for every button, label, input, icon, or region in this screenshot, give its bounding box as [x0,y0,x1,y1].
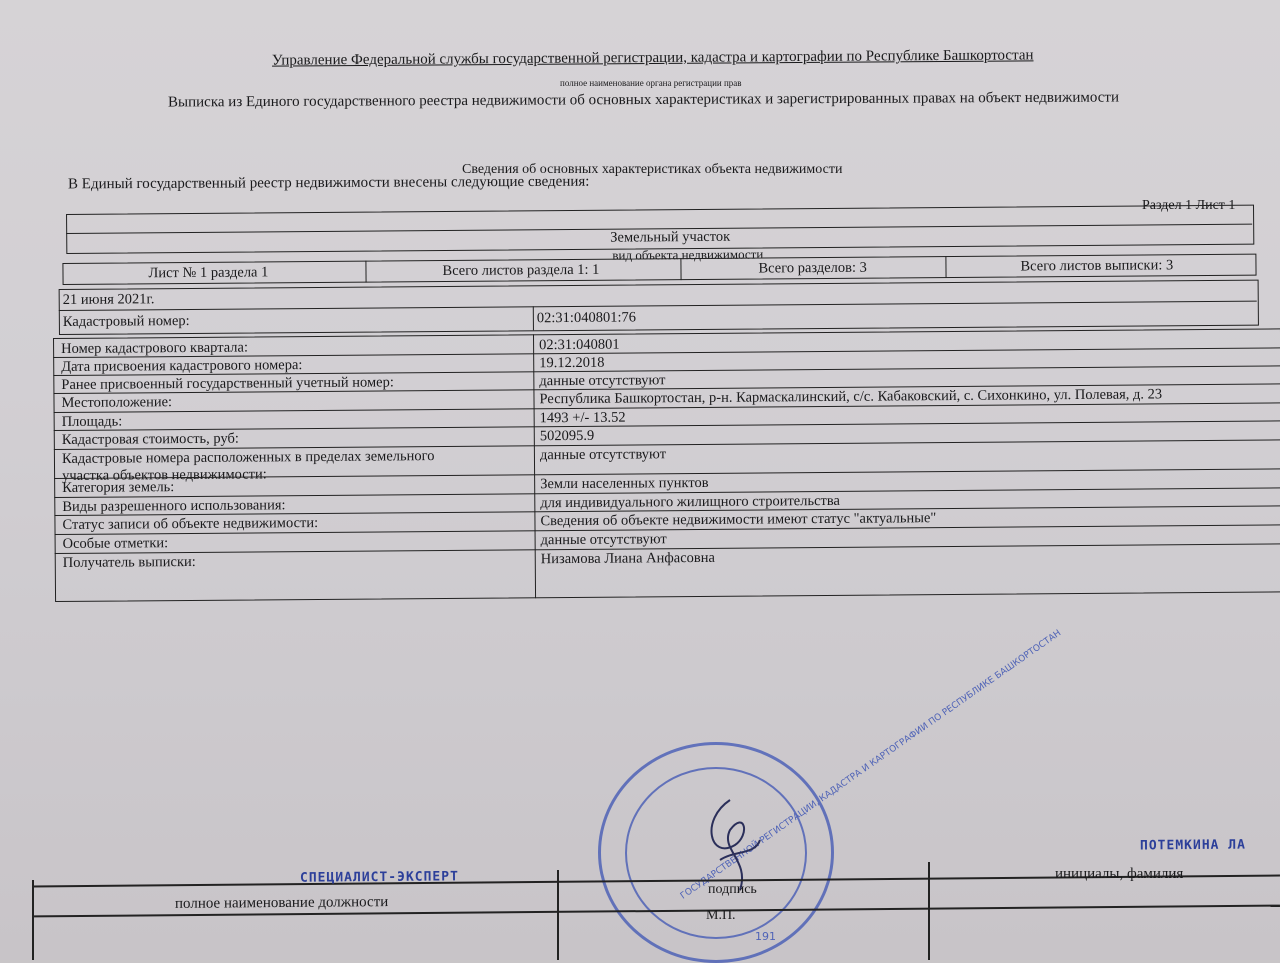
sheets-in-section: Всего листов раздела 1: 1 [442,262,599,280]
row-value: 1493 +/- 13.52 [540,410,626,428]
row-label: Категория земель: [62,479,174,497]
divider [32,880,34,960]
name-value: ПОТЕМКИНА ЛА [1140,838,1246,854]
row-value: Низамова Лиана Анфасовна [541,550,715,568]
row-label: Кадастровая стоимость, руб: [62,431,239,449]
signature-caption: подпись [708,882,757,898]
extract-date: 21 июня 2021г. [63,291,155,309]
row-value: данные отсутствуют [540,446,666,464]
position-caption: полное наименование должности [175,894,388,913]
row-label: Особые отметки: [63,535,169,553]
cadastral-number-label: Кадастровый номер: [63,313,190,331]
cadastral-number-value: 02:31:040801:76 [537,309,636,327]
name-caption: инициалы, фамилия [1055,866,1183,883]
row-label: Местоположение: [61,394,172,412]
row-label: Получатель выписки: [63,554,196,572]
sheet-number: Лист № 1 раздела 1 [148,264,268,282]
divider [365,261,366,283]
document-page: Управление Федеральной службы государств… [0,0,1280,960]
row-value: Земли населенных пунктов [540,475,709,493]
row-label: Кадастровые номера расположенных в преде… [62,448,435,468]
stamp-number: 191 [755,930,776,943]
row-value: 19.12.2018 [539,355,604,373]
seal-caption: М.П. [706,908,736,924]
divider [533,306,534,330]
divider [928,862,930,960]
divider [680,258,681,280]
divider [945,256,946,278]
total-sections: Всего разделов: 3 [758,260,867,278]
total-sheets: Всего листов выписки: 3 [1020,257,1173,275]
divider [557,870,559,960]
row-label: Статус записи об объекте недвижимости: [62,515,318,534]
position-value: СПЕЦИАЛИСТ-ЭКСПЕРТ [300,869,459,885]
date-cadastral-box [59,280,1259,335]
row-value: 502095.9 [540,428,595,445]
row-value: данные отсутствуют [541,531,667,549]
row-value: 02:31:040801 [539,337,620,355]
row-label: Площадь: [62,414,123,431]
object-type: Земельный участок [610,229,730,247]
